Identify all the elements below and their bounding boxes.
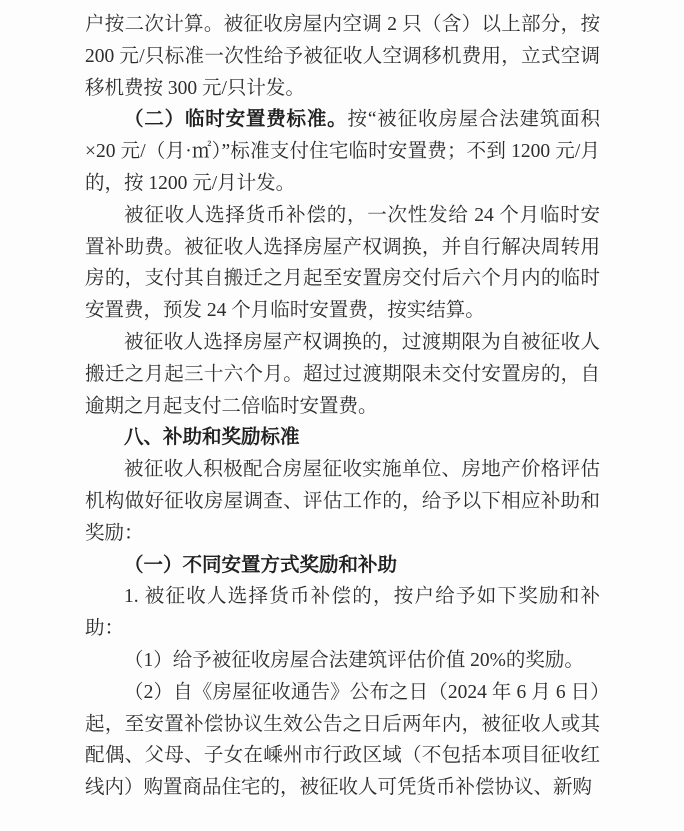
sub-heading-text: （一）不同安置方式奖励和补助 <box>124 554 397 576</box>
paragraph-text: 1. 被征收人选择货币补偿的，按户给予如下奖励和补助： <box>85 586 600 639</box>
paragraph: 1. 被征收人选择货币补偿的，按户给予如下奖励和补助： <box>85 581 600 645</box>
paragraph-text: 被征收人选择房屋产权调换的，过渡期限为自被征收人搬迁之月起三十六个月。超过过渡期… <box>85 332 600 417</box>
paragraph: 被征收人积极配合房屋征收实施单位、房地产价格评估机构做好征收房屋调查、评估工作的… <box>85 454 600 549</box>
paragraph-text: 户按二次计算。被征收房屋内空调 2 只（含）以上部分，按 200 元/只标准一次… <box>85 14 600 99</box>
paragraph-text: 被征收人选择货币补偿的，一次性发给 24 个月临时安置补助费。被征收人选择房屋产… <box>85 205 600 321</box>
paragraph: （二）临时安置费标准。按“被征收房屋合法建筑面积×20 元/（月·㎡）”标准支付… <box>85 104 600 199</box>
section-heading-text: 八、补助和奖励标准 <box>124 426 300 448</box>
paragraph: （1）给予被征收房屋合法建筑评估价值 20%的奖励。 <box>85 645 600 677</box>
paragraph-text: 被征收人积极配合房屋征收实施单位、房地产价格评估机构做好征收房屋调查、评估工作的… <box>85 459 600 544</box>
sub-heading: （一）不同安置方式奖励和补助 <box>85 550 600 582</box>
paragraph: 被征收人选择货币补偿的，一次性发给 24 个月临时安置补助费。被征收人选择房屋产… <box>85 200 600 327</box>
paragraph-text: （2）自《房屋征收通告》公布之日（2024 年 6 月 6 日）起，至安置补偿协… <box>85 682 600 798</box>
section-heading: 八、补助和奖励标准 <box>85 422 600 454</box>
paragraph-bold-lead: （二）临时安置费标准。 <box>124 108 348 130</box>
paragraph: （2）自《房屋征收通告》公布之日（2024 年 6 月 6 日）起，至安置补偿协… <box>85 677 600 804</box>
paragraph: 户按二次计算。被征收房屋内空调 2 只（含）以上部分，按 200 元/只标准一次… <box>85 9 600 104</box>
document-page: 户按二次计算。被征收房屋内空调 2 只（含）以上部分，按 200 元/只标准一次… <box>0 0 684 831</box>
paragraph: 被征收人选择房屋产权调换的，过渡期限为自被征收人搬迁之月起三十六个月。超过过渡期… <box>85 327 600 422</box>
paragraph-text: （1）给予被征收房屋合法建筑评估价值 20%的奖励。 <box>124 650 584 671</box>
